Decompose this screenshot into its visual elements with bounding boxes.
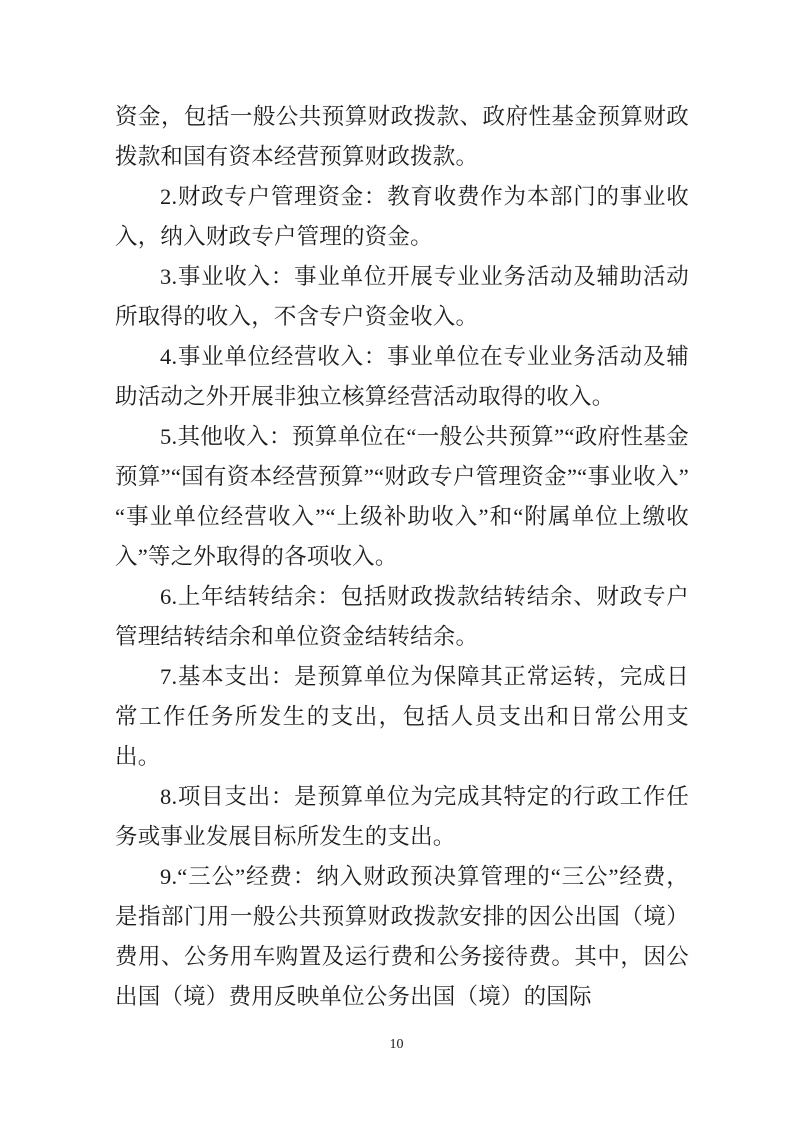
paragraph-item-8: 8.项目支出：是预算单位为完成其特定的行政工作任务或事业发展目标所发生的支出。 <box>115 777 689 857</box>
document-body: 资金，包括一般公共预算财政拨款、政府性基金预算财政拨款和国有资本经营预算财政拨款… <box>115 97 689 1017</box>
paragraph-item-9: 9.“三公”经费：纳入财政预决算管理的“三公”经费，是指部门用一般公共预算财政拨… <box>115 857 689 1017</box>
document-page: 资金，包括一般公共预算财政拨款、政府性基金预算财政拨款和国有资本经营预算财政拨款… <box>0 0 793 1122</box>
paragraph-item-6: 6.上年结转结余：包括财政拨款结转结余、财政专户管理结转结余和单位资金结转结余。 <box>115 577 689 657</box>
paragraph-item-2: 2.财政专户管理资金：教育收费作为本部门的事业收入，纳入财政专户管理的资金。 <box>115 177 689 257</box>
paragraph-continuation: 资金，包括一般公共预算财政拨款、政府性基金预算财政拨款和国有资本经营预算财政拨款… <box>115 97 689 177</box>
paragraph-item-4: 4.事业单位经营收入：事业单位在专业业务活动及辅助活动之外开展非独立核算经营活动… <box>115 337 689 417</box>
paragraph-item-3: 3.事业收入：事业单位开展专业业务活动及辅助活动所取得的收入，不含专户资金收入。 <box>115 257 689 337</box>
paragraph-item-5: 5.其他收入：预算单位在“一般公共预算”“政府性基金预算”“国有资本经营预算”“… <box>115 417 689 577</box>
paragraph-item-7: 7.基本支出：是预算单位为保障其正常运转，完成日常工作任务所发生的支出，包括人员… <box>115 657 689 777</box>
page-number: 10 <box>0 1036 793 1054</box>
